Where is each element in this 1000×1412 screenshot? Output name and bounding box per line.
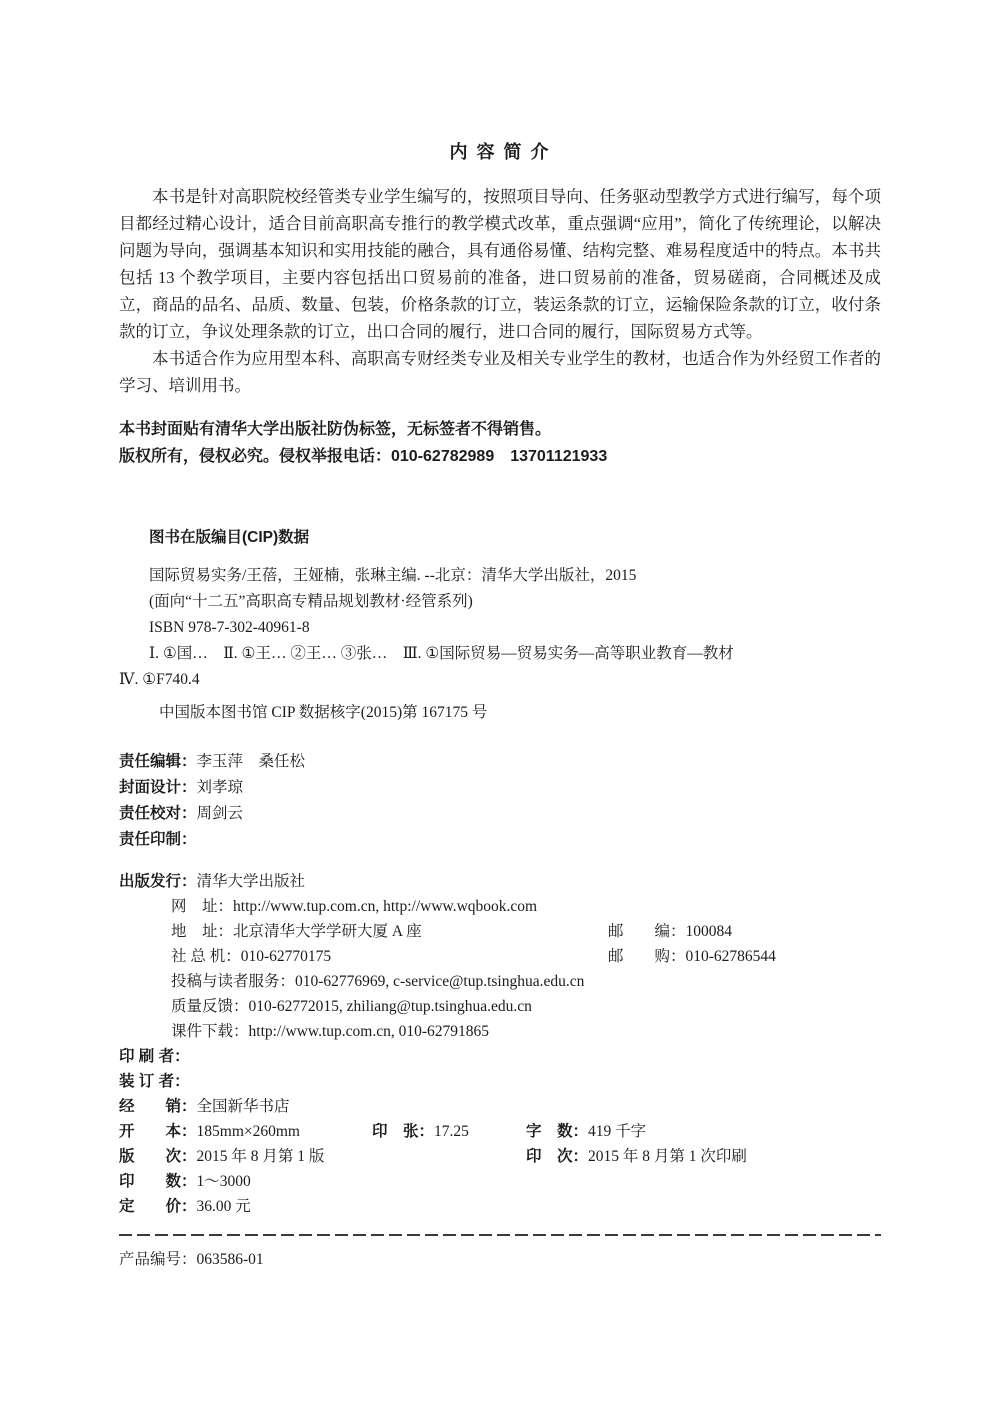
- zip-group: 邮 编：100084: [608, 919, 732, 944]
- courseware-label: 课件下载：: [171, 1023, 249, 1040]
- staff-value: 李玉萍 桑任松: [197, 753, 306, 770]
- publisher-row: 出版发行：清华大学出版社: [119, 869, 881, 894]
- staff-row-proofreader: 责任校对：周剑云: [119, 801, 881, 827]
- reader-service-row: 投稿与读者服务：010-62776969, c-service@tup.tsin…: [171, 969, 881, 994]
- distributor-value: 全国新华书店: [197, 1098, 290, 1115]
- sheets-label: 印 张：: [372, 1123, 434, 1140]
- cip-heading: 图书在版编目(CIP)数据: [149, 526, 881, 550]
- price-label: 定 价：: [119, 1198, 197, 1215]
- staff-row-cover-design: 封面设计：刘孝琼: [119, 775, 881, 801]
- anti-piracy-notice: 本书封面贴有清华大学出版社防伪标签，无标签者不得销售。 版权所有，侵权必究。侵权…: [119, 416, 881, 470]
- cip-classification-line-2: Ⅳ. ①F740.4: [119, 667, 881, 693]
- mailorder-group: 邮 购：010-62786544: [608, 944, 776, 969]
- reader-service-value: 010-62776969, c-service@tup.tsinghua.edu…: [295, 973, 584, 990]
- format-value: 185mm×260mm: [197, 1123, 300, 1140]
- notice-line-1: 本书封面贴有清华大学出版社防伪标签，无标签者不得销售。: [119, 416, 881, 443]
- printer-label: 印 刷 者：: [119, 1048, 190, 1065]
- product-number-row: 产品编号：063586-01: [119, 1248, 881, 1272]
- staff-row-print-supervisor: 责任印制：: [119, 827, 881, 853]
- quality-feedback-label: 质量反馈：: [171, 998, 249, 1015]
- product-number-label: 产品编号：: [119, 1251, 197, 1268]
- sheets-value: 17.25: [434, 1123, 469, 1140]
- switchboard-row: 社 总 机：010-62770175 邮 购：010-62786544: [171, 944, 881, 969]
- staff-label: 责任印制：: [119, 831, 197, 848]
- quality-feedback-value: 010-62772015, zhiliang@tup.tsinghua.edu.…: [249, 998, 532, 1015]
- courseware-value: http://www.tup.com.cn, 010-62791865: [249, 1023, 490, 1040]
- wordcount-value: 419 千字: [588, 1123, 646, 1140]
- edition-row: 版 次：2015 年 8 月第 1 版 印 次：2015 年 8 月第 1 次印…: [119, 1144, 881, 1169]
- cip-record-number: 中国版本图书馆 CIP 数据核字(2015)第 167175 号: [159, 700, 881, 726]
- intro-paragraph-1: 本书是针对高职院校经管类专业学生编写的，按照项目导向、任务驱动型教学方式进行编写…: [119, 183, 881, 345]
- intro-section: 本书是针对高职院校经管类专业学生编写的，按照项目导向、任务驱动型教学方式进行编写…: [119, 183, 881, 399]
- price-value: 36.00 元: [197, 1198, 251, 1215]
- edition-label: 版 次：: [119, 1148, 197, 1165]
- publisher-label: 出版发行：: [119, 873, 197, 890]
- intro-paragraph-2: 本书适合作为应用型本科、高职高专财经类专业及相关专业学生的教材，也适合作为外经贸…: [119, 345, 881, 399]
- product-number-value: 063586-01: [197, 1251, 264, 1268]
- binder-row: 装 订 者：: [119, 1069, 881, 1094]
- notice-line-2: 版权所有，侵权必究。侵权举报电话：010-62782989 1370112193…: [119, 443, 881, 470]
- website-label: 网 址：: [171, 898, 233, 915]
- dashed-divider: [119, 1234, 881, 1236]
- cip-series-line: (面向“十二五”高职高专精品规划教材·经管系列): [149, 589, 881, 615]
- staff-value: 周剑云: [197, 805, 244, 822]
- format-row: 开 本：185mm×260mm 印 张：17.25 字 数：419 千字: [119, 1119, 881, 1144]
- binder-label: 装 订 者：: [119, 1073, 190, 1090]
- mailorder-label: 邮 购：: [608, 948, 686, 965]
- switchboard-value: 010-62770175: [241, 948, 331, 965]
- printrun-row: 印 数：1～3000: [119, 1169, 881, 1194]
- zip-value: 100084: [686, 923, 733, 940]
- cip-section: 图书在版编目(CIP)数据 国际贸易实务/王蓓，王娅楠，张琳主编. --北京：清…: [119, 526, 881, 726]
- address-value: 北京清华大学学研大厦 A 座: [233, 923, 422, 940]
- impression-value: 2015 年 8 月第 1 次印刷: [588, 1148, 747, 1165]
- distributor-label: 经 销：: [119, 1098, 197, 1115]
- courseware-row: 课件下载：http://www.tup.com.cn, 010-62791865: [171, 1019, 881, 1044]
- address-label: 地 址：: [171, 923, 233, 940]
- impression-group: 印 次：2015 年 8 月第 1 次印刷: [526, 1144, 747, 1169]
- mailorder-value: 010-62786544: [686, 948, 776, 965]
- zip-label: 邮 编：: [608, 923, 686, 940]
- printrun-label: 印 数：: [119, 1173, 197, 1190]
- impression-label: 印 次：: [526, 1148, 588, 1165]
- price-row: 定 价：36.00 元: [119, 1194, 881, 1219]
- publisher-section: 出版发行：清华大学出版社 网 址：http://www.tup.com.cn, …: [119, 869, 881, 1044]
- format-label: 开 本：: [119, 1123, 197, 1140]
- staff-label: 责任编辑：: [119, 753, 197, 770]
- quality-feedback-row: 质量反馈：010-62772015, zhiliang@tup.tsinghua…: [171, 994, 881, 1019]
- edition-value: 2015 年 8 月第 1 版: [197, 1148, 325, 1165]
- publisher-name: 清华大学出版社: [197, 873, 306, 890]
- distributor-row: 经 销：全国新华书店: [119, 1094, 881, 1119]
- printrun-value: 1～3000: [197, 1173, 251, 1190]
- address-row: 地 址：北京清华大学学研大厦 A 座 邮 编：100084: [171, 919, 881, 944]
- wordcount-label: 字 数：: [526, 1123, 588, 1140]
- cip-classification-line-1: Ⅰ. ①国… Ⅱ. ①王… ②王… ③张… Ⅲ. ①国际贸易—贸易实务—高等职业…: [149, 641, 881, 667]
- staff-label: 责任校对：: [119, 805, 197, 822]
- printer-row: 印 刷 者：: [119, 1044, 881, 1069]
- cip-isbn: ISBN 978-7-302-40961-8: [149, 615, 881, 641]
- switchboard-label: 社 总 机：: [171, 948, 241, 965]
- printing-spec-section: 印 刷 者： 装 订 者： 经 销：全国新华书店 开 本：185mm×260mm…: [119, 1044, 881, 1219]
- staff-credits: 责任编辑：李玉萍 桑任松 封面设计：刘孝琼 责任校对：周剑云 责任印制：: [119, 749, 881, 853]
- staff-row-editor: 责任编辑：李玉萍 桑任松: [119, 749, 881, 775]
- staff-label: 封面设计：: [119, 779, 197, 796]
- reader-service-label: 投稿与读者服务：: [171, 973, 295, 990]
- wordcount-group: 字 数：419 千字: [526, 1119, 646, 1144]
- sheets-group: 印 张：17.25: [372, 1119, 469, 1144]
- page-title: 内 容 简 介: [119, 138, 881, 164]
- copyright-page: 内 容 简 介 本书是针对高职院校经管类专业学生编写的，按照项目导向、任务驱动型…: [119, 0, 881, 1272]
- website-row: 网 址：http://www.tup.com.cn, http://www.wq…: [171, 894, 881, 919]
- website-value: http://www.tup.com.cn, http://www.wqbook…: [233, 898, 537, 915]
- cip-bibliographic-line: 国际贸易实务/王蓓，王娅楠，张琳主编. --北京：清华大学出版社，2015: [149, 563, 881, 589]
- staff-value: 刘孝琼: [197, 779, 244, 796]
